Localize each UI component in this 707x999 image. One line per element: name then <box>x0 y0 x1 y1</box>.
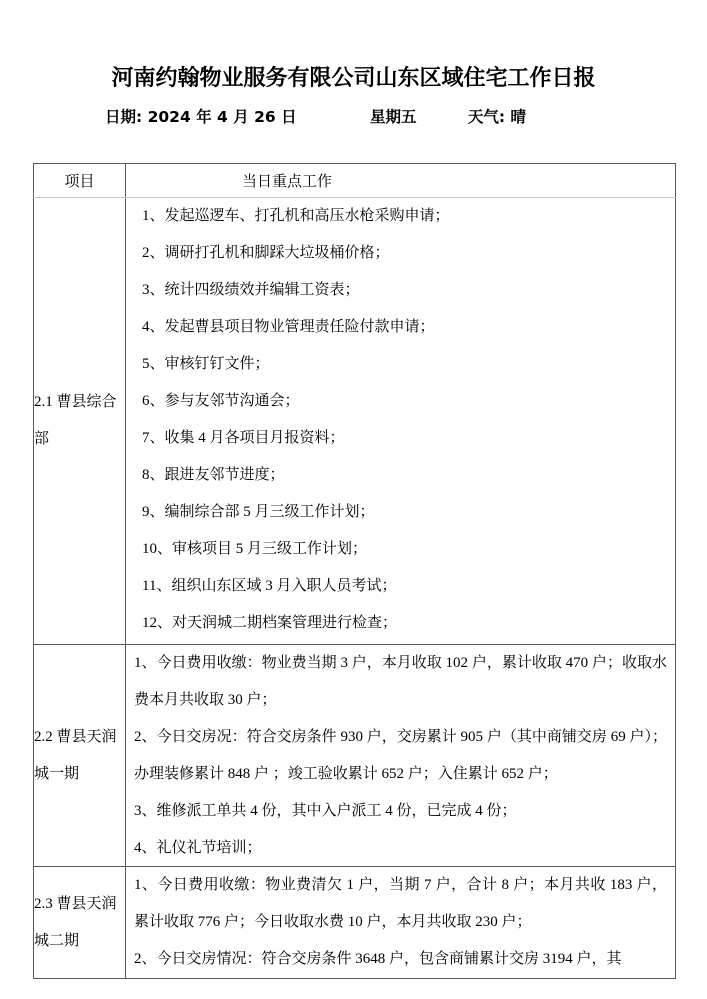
work-item: 3、维修派工单共 4 份，其中入户派工 4 份，已完成 4 份； <box>126 793 675 830</box>
project-label: 2.2 曹县天润城一期 <box>34 729 117 782</box>
work-item: 2、今日交房情况：符合交房条件 3648 户，包含商铺累计交房 3194 户，其 <box>126 941 675 978</box>
work-cell: 1、发起巡逻车、打孔机和高压水枪采购申请；2、调研打孔机和脚踩大垃圾桶价格；3、… <box>126 198 676 645</box>
table-row: 2.2 曹县天润城一期 1、今日费用收缴：物业费当期 3 户，本月收取 102 … <box>34 645 676 867</box>
work-item: 1、今日费用收缴：物业费清欠 1 户，当期 7 户，合计 8 户；本月共收 18… <box>126 867 675 941</box>
table-row: 2.3 曹县天润城二期 1、今日费用收缴：物业费清欠 1 户，当期 7 户，合计… <box>34 867 676 979</box>
work-item: 10、审核项目 5 月三级工作计划； <box>126 531 675 568</box>
work-item: 1、发起巡逻车、打孔机和高压水枪采购申请； <box>126 198 675 235</box>
work-item: 12、对天润城二期档案管理进行检查； <box>126 605 675 642</box>
weather-value: 天气: 晴 <box>468 108 526 126</box>
work-cell: 1、今日费用收缴：物业费清欠 1 户，当期 7 户，合计 8 户；本月共收 18… <box>126 867 676 979</box>
work-item: 4、礼仪礼节培训； <box>126 830 675 866</box>
document-page: 河南约翰物业服务有限公司山东区域住宅工作日报 日期: 2024 年 4 月 26… <box>0 0 707 999</box>
table-header-row: 项目 当日重点工作 <box>34 164 676 198</box>
work-item-list: 1、今日费用收缴：物业费当期 3 户，本月收取 102 户，累计收取 470 户… <box>126 645 675 866</box>
work-item: 6、参与友邻节沟通会； <box>126 383 675 420</box>
work-cell: 1、今日费用收缴：物业费当期 3 户，本月收取 102 户，累计收取 470 户… <box>126 645 676 867</box>
work-item: 8、跟进友邻节进度； <box>126 457 675 494</box>
work-item: 2、调研打孔机和脚踩大垃圾桶价格； <box>126 235 675 272</box>
work-item: 1、今日费用收缴：物业费当期 3 户，本月收取 102 户，累计收取 470 户… <box>126 645 675 719</box>
project-label: 2.1 曹县综合部 <box>34 394 117 447</box>
work-item: 2、今日交房况：符合交房条件 930 户，交房累计 905 户（其中商铺交房 6… <box>126 719 675 793</box>
project-label: 2.3 曹县天润城二期 <box>34 896 117 949</box>
work-item: 5、审核钉钉文件； <box>126 346 675 383</box>
work-item: 3、统计四级绩效并编辑工资表； <box>126 272 675 309</box>
date-line: 日期: 2024 年 4 月 26 日 星期五 天气: 晴 <box>0 106 707 128</box>
weekday-value: 星期五 <box>370 108 417 126</box>
table-row: 2.1 曹县综合部 1、发起巡逻车、打孔机和高压水枪采购申请；2、调研打孔机和脚… <box>34 198 676 645</box>
work-item: 7、收集 4 月各项目月报资料； <box>126 420 675 457</box>
work-item-list: 1、发起巡逻车、打孔机和高压水枪采购申请；2、调研打孔机和脚踩大垃圾桶价格；3、… <box>126 198 675 644</box>
column-header-project: 项目 <box>34 164 126 198</box>
daily-report-table: 项目 当日重点工作 2.1 曹县综合部 1、发起巡逻车、打孔机和高压水枪采购申请… <box>33 163 676 979</box>
project-cell: 2.1 曹县综合部 <box>34 198 126 645</box>
project-cell: 2.3 曹县天润城二期 <box>34 867 126 979</box>
work-item: 11、组织山东区域 3 月入职人员考试； <box>126 568 675 605</box>
date-value: 日期: 2024 年 4 月 26 日 <box>105 108 297 126</box>
column-header-work: 当日重点工作 <box>126 164 676 198</box>
work-item: 4、发起曹县项目物业管理责任险付款申请； <box>126 309 675 346</box>
page-title: 河南约翰物业服务有限公司山东区域住宅工作日报 <box>0 0 707 94</box>
column-header-work-label: 当日重点工作 <box>126 170 332 191</box>
work-item: 9、编制综合部 5 月三级工作计划； <box>126 494 675 531</box>
work-item-list: 1、今日费用收缴：物业费清欠 1 户，当期 7 户，合计 8 户；本月共收 18… <box>126 867 675 978</box>
project-cell: 2.2 曹县天润城一期 <box>34 645 126 867</box>
